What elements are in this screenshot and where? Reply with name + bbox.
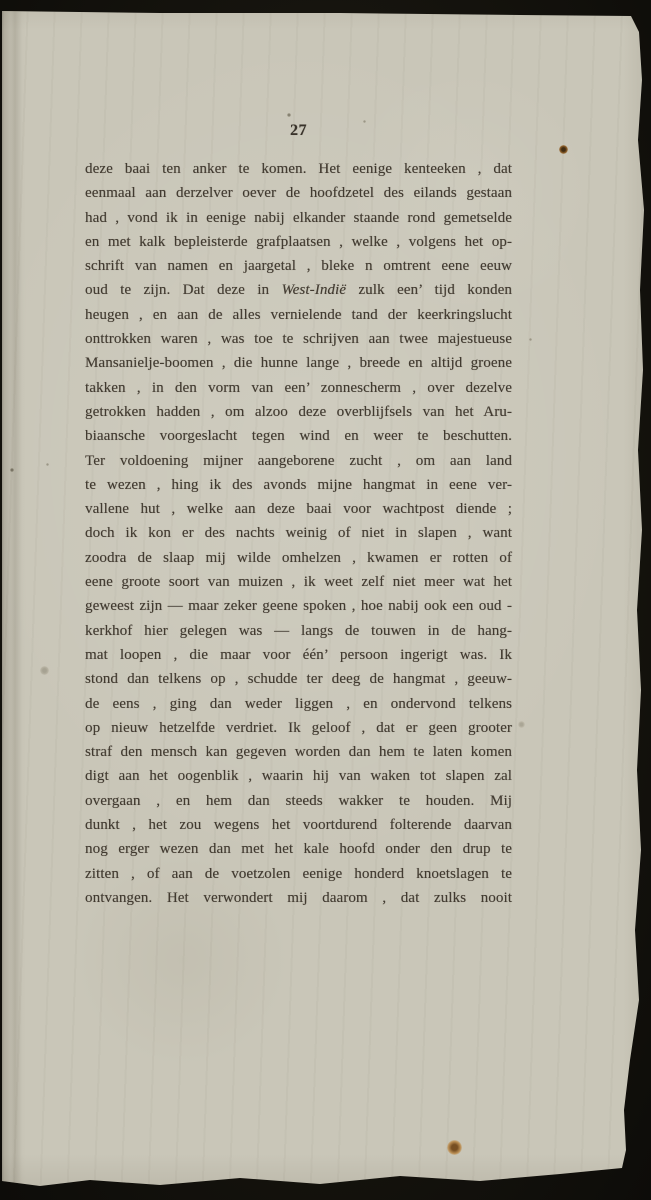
text-line: digt aan het oogenblik , waarin hij van … [85,764,512,788]
speck-right-margin [529,338,532,341]
text-line: eenmaal aan derzelver oever de hoofdzete… [85,181,512,205]
text-line: takken , in den vorm van een’ zonnescher… [85,376,512,400]
text-line: heugen , en aan de alles vernielende tan… [85,303,512,327]
text-segment: takken , in den vorm van een’ zonnescher… [85,380,512,396]
text-segment: nog erger wezen dan met het kale hoofd o… [85,841,512,857]
text-line: straf den mensch kan gegeven worden dan … [85,740,512,764]
text-segment: de eens , ging dan weder liggen , en ond… [85,696,512,712]
text-segment: geweest zijn — maar zeker geene spoken ,… [85,598,512,614]
text-segment: eene groote soort van muizen , ik weet z… [85,574,512,590]
text-segment: schrift van namen en jaargetal , bleke n… [85,258,512,274]
text-segment: eenmaal aan derzelver oever de hoofdzete… [85,185,512,201]
text-segment: zulk een’ tijd konden [346,282,512,298]
text-segment: ontvangen. Het verwondert mij daarom , d… [85,890,512,906]
text-segment: en met kalk bepleisterde grafplaatsen , … [85,234,512,250]
text-segment: Ter voldoening mijner aangeborene zucht … [85,453,512,469]
text-line: op nieuw hetzelfde verdriet. Ik geloof ,… [85,716,512,740]
text-segment: kerkhof hier gelegen was — langs de touw… [85,623,512,639]
text-line: getrokken hadden , om alzoo deze overbli… [85,400,512,424]
italic-text-segment: West-Indië [281,282,346,298]
text-line: vallene hut , welke aan deze baai voor w… [85,497,512,521]
text-line: had , vond ik in eenige nabij elkander s… [85,206,512,230]
text-segment: onttrokken waren , was toe te schrijven … [85,331,512,347]
text-line: zoodra de slaap mij wilde omhelzen , kwa… [85,546,512,570]
text-line: oud te zijn. Dat deze in West-Indië zulk… [85,278,512,302]
text-line: schrift van namen en jaargetal , bleke n… [85,254,512,278]
text-line: Ter voldoening mijner aangeborene zucht … [85,449,512,473]
text-segment: straf den mensch kan gegeven worden dan … [85,744,512,760]
page-number: 27 [85,121,512,140]
speck-margin-asterisk [40,666,49,675]
text-line: biaansche voorgeslacht tegen wind en wee… [85,424,512,448]
text-segment: deze baai ten anker te komen. Het eenige… [85,161,512,177]
text-line: te wezen , hing ik des avonds mijne hang… [85,473,512,497]
text-line: overgaan , en hem dan steeds wakker te h… [85,789,512,813]
text-line: Mansanielje-boomen , die hunne lange , b… [85,351,512,375]
speck-above-page-number [287,113,291,117]
text-line: zitten , of aan de voetzolen eenige hond… [85,862,512,886]
text-segment: biaansche voorgeslacht tegen wind en wee… [85,428,512,444]
text-line: eene groote soort van muizen , ik weet z… [85,570,512,594]
text-segment: dunkt , het zou wegens het voortdurend f… [85,817,512,833]
text-line: doch ik kon er des nachts weinig of niet… [85,521,512,545]
text-segment: Mansanielje-boomen , die hunne lange , b… [85,355,512,371]
text-segment: mat loopen , die maar voor één’ persoon … [85,647,512,663]
text-line: mat loopen , die maar voor één’ persoon … [85,643,512,667]
text-line: ontvangen. Het verwondert mij daarom , d… [85,886,512,910]
text-line: nog erger wezen dan met het kale hoofd o… [85,837,512,861]
text-segment: vallene hut , welke aan deze baai voor w… [85,501,512,517]
text-segment: digt aan het oogenblik , waarin hij van … [85,768,512,784]
speck-margin-slash [518,721,525,728]
foxing-spot-bottom [447,1140,462,1155]
text-segment: getrokken hadden , om alzoo deze overbli… [85,404,512,420]
text-segment: stond dan telkens op , schudde ter deeg … [85,671,512,687]
scan-backdrop: { "page": { "number": "27" }, "colors": … [0,0,651,1200]
text-line: kerkhof hier gelegen was — langs de touw… [85,619,512,643]
text-segment: heugen , en aan de alles vernielende tan… [85,307,512,323]
text-line: stond dan telkens op , schudde ter deeg … [85,667,512,691]
text-segment: had , vond ik in eenige nabij elkander s… [85,210,512,226]
foxing-spot-top-right [559,145,568,154]
text-line: deze baai ten anker te komen. Het eenige… [85,157,512,181]
text-segment: doch ik kon er des nachts weinig of niet… [85,525,512,541]
text-block: deze baai ten anker te komen. Het eenige… [85,157,512,910]
speck-left-margin-1 [10,468,14,472]
text-line: geweest zijn — maar zeker geene spoken ,… [85,594,512,618]
text-line: onttrokken waren , was toe te schrijven … [85,327,512,351]
text-segment: zitten , of aan de voetzolen eenige hond… [85,866,512,882]
text-segment: oud te zijn. Dat deze in [85,282,281,298]
text-line: dunkt , het zou wegens het voortdurend f… [85,813,512,837]
text-line: de eens , ging dan weder liggen , en ond… [85,692,512,716]
text-segment: te wezen , hing ik des avonds mijne hang… [85,477,512,493]
speck-left-margin-2 [46,463,49,466]
book-page: 27 deze baai ten anker te komen. Het een… [0,0,651,1200]
text-segment: zoodra de slaap mij wilde omhelzen , kwa… [85,550,512,566]
text-segment: op nieuw hetzelfde verdriet. Ik geloof ,… [85,720,512,736]
text-line: en met kalk bepleisterde grafplaatsen , … [85,230,512,254]
text-segment: overgaan , en hem dan steeds wakker te h… [85,793,512,809]
